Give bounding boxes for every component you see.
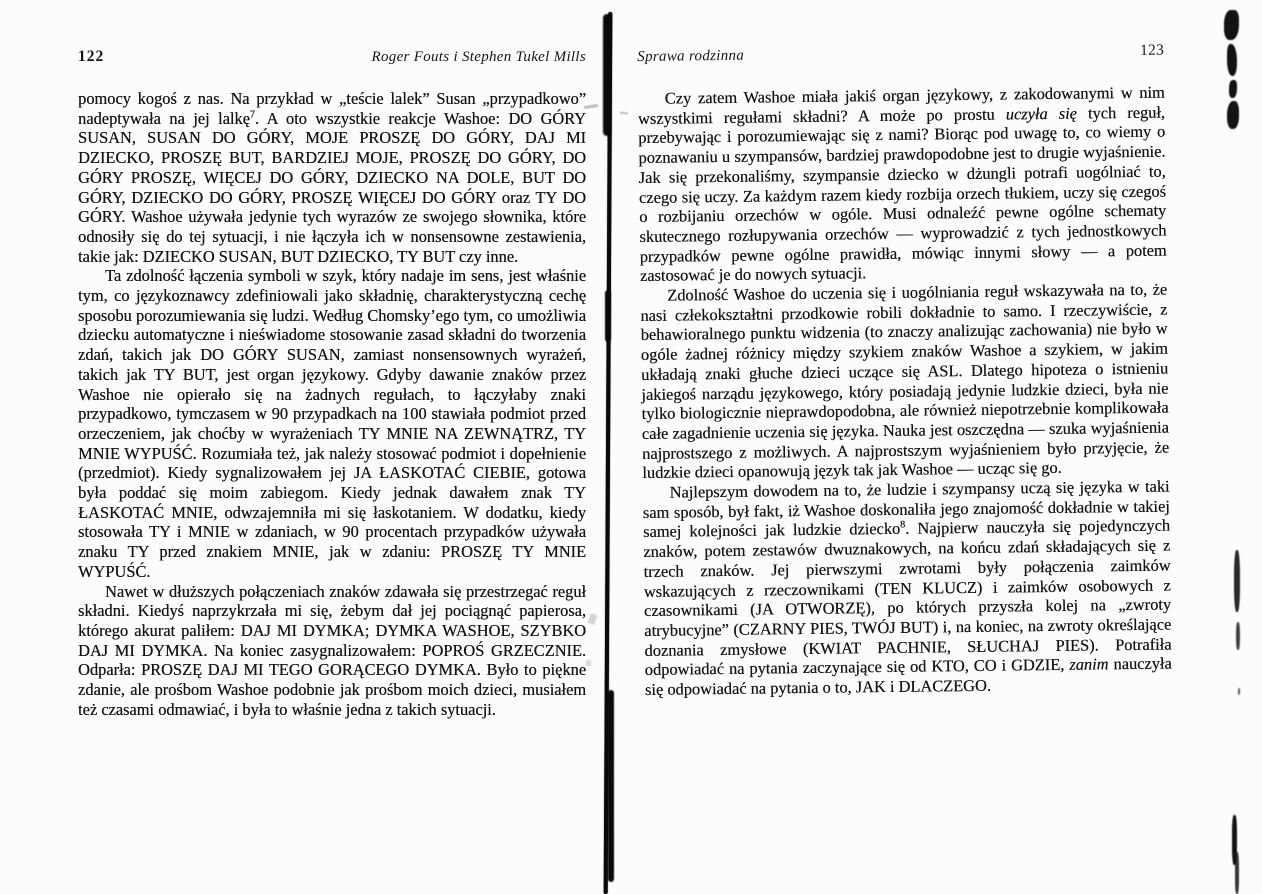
scan-artifact-edge-mark	[1229, 80, 1237, 98]
scan-artifact-pencil-mark	[584, 104, 598, 109]
text-segment: zanim	[1069, 655, 1108, 674]
text-segment: . A oto wszystkie reakcje Washoe: DO GÓR…	[78, 109, 586, 266]
scan-artifact-edge-mark	[1234, 550, 1240, 612]
right-running-header-title: Sprawa rodzinna	[637, 48, 744, 66]
paragraph: Najlepszym dowodem na to, że ludzie i sz…	[642, 477, 1172, 700]
scan-artifact-gutter-blob	[603, 14, 611, 136]
right-running-head: Sprawa rodzinna 123	[637, 42, 1164, 66]
left-page-body-text: pomocy kogoś z nas. Na przykład w „teści…	[78, 89, 586, 720]
scan-artifact-edge-mark	[1236, 622, 1240, 650]
scan-artifact-edge-mark	[1235, 852, 1239, 894]
scan-artifact-edge-mark	[1227, 44, 1237, 76]
paragraph: Ta zdolność łączenia symboli w szyk, któ…	[78, 266, 586, 581]
right-page-body-text: Czy zatem Washoe miała jakiś organ język…	[638, 83, 1172, 700]
right-page-number: 123	[1140, 42, 1164, 60]
scan-artifact-pencil-mark	[586, 660, 591, 666]
text-segment: uczyła się	[1006, 103, 1077, 123]
paragraph: Zdolność Washoe do uczenia się i uogólni…	[640, 280, 1169, 483]
right-page: Sprawa rodzinna 123 Czy zatem Washoe mia…	[637, 0, 1173, 700]
text-segment: Nawet w dłuższych połączeniach znaków zd…	[78, 582, 586, 719]
paragraph: Czy zatem Washoe miała jakiś organ język…	[638, 83, 1167, 286]
scanned-book-spread: { "colors": { "page_background": "#fcfcf…	[0, 0, 1262, 894]
left-running-head: 122 Roger Fouts i Stephen Tukel Mills	[78, 48, 586, 66]
text-segment: Zdolność Washoe do uczenia się i uogólni…	[640, 280, 1169, 483]
scan-artifact-gutter-blob	[608, 690, 614, 882]
text-segment: Ta zdolność łączenia symboli w szyk, któ…	[78, 266, 586, 581]
paragraph: Nawet w dłuższych połączeniach znaków zd…	[78, 582, 586, 720]
scan-artifact-edge-mark	[1224, 10, 1239, 40]
scan-artifact-edge-mark	[1227, 101, 1239, 129]
left-page: 122 Roger Fouts i Stephen Tukel Mills po…	[78, 0, 586, 720]
paragraph: pomocy kogoś z nas. Na przykład w „teści…	[78, 89, 586, 266]
left-page-number: 122	[78, 48, 104, 66]
left-running-header-title: Roger Fouts i Stephen Tukel Mills	[372, 49, 586, 66]
scan-artifact-pencil-mark	[588, 613, 598, 625]
text-segment: tych reguł, przebywając i porozumiewając…	[638, 102, 1167, 285]
scan-artifact-gutter-blob	[605, 290, 611, 342]
scan-artifact-pencil-mark	[620, 112, 628, 115]
scan-artifact-edge-mark	[1238, 688, 1240, 695]
